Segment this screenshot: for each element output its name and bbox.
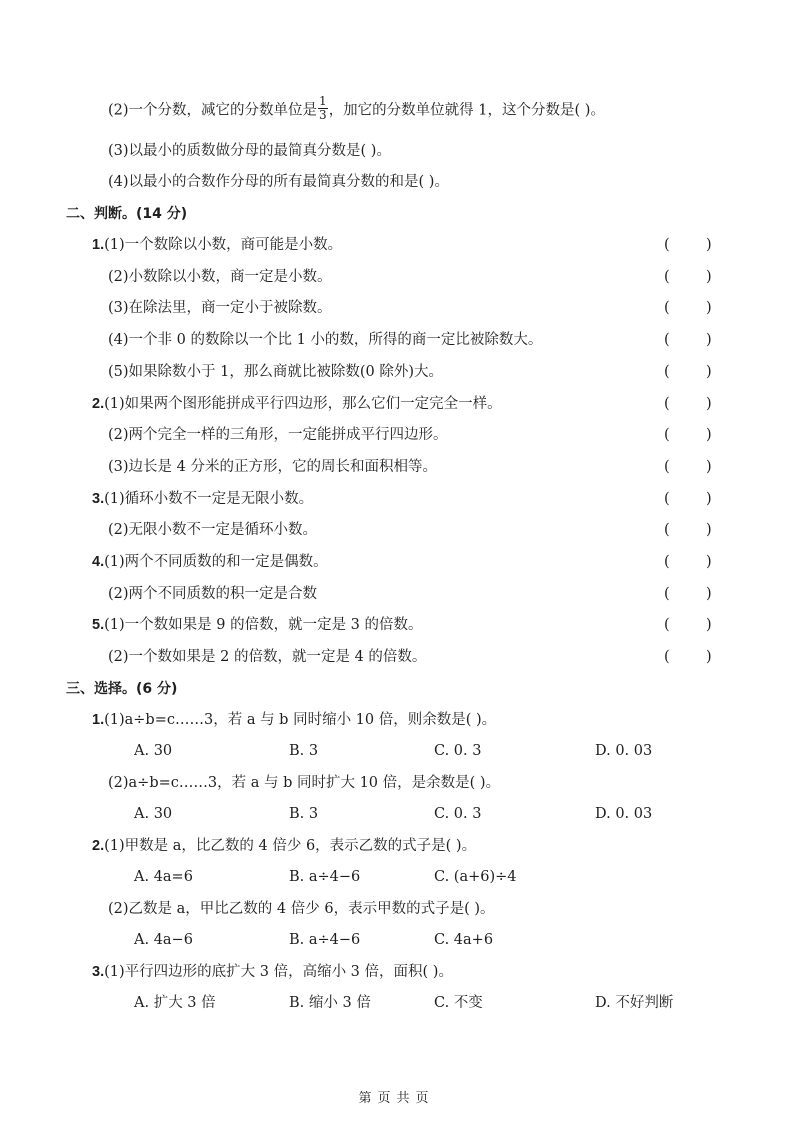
judgment-item: (2)两个不同质数的积一定是合数 — [108, 584, 317, 604]
section-3-heading: 三、选择。(6 分) — [66, 679, 177, 699]
question-text: (2)乙数是 a，甲比乙数的 4 倍少 6，表示甲数的式子是( )。 — [108, 901, 495, 917]
judgment-item: 3.(1)循环小数不一定是无限小数。 — [92, 489, 313, 509]
answer-blank-open[interactable]: ( — [664, 330, 670, 350]
judgment-item: (2)一个数如果是 2 的倍数，就一定是 4 的倍数。 — [108, 647, 426, 667]
judgment-item: (4)一个非 0 的数除以一个比 1 小的数，所得的商一定比被除数大。 — [108, 330, 542, 350]
judgment-item: 1.(1)一个数除以小数，商可能是小数。 — [92, 235, 342, 255]
answer-blank-open[interactable]: ( — [664, 520, 670, 540]
option-a[interactable]: A. 30 — [134, 804, 172, 824]
judgment-text: (2)两个完全一样的三角形，一定能拼成平行四边形。 — [108, 427, 448, 443]
option-d[interactable]: D. 0. 03 — [595, 804, 652, 824]
choice-2-2: (2)乙数是 a，甲比乙数的 4 倍少 6，表示甲数的式子是( )。 — [108, 899, 495, 919]
option-b[interactable]: B. 3 — [289, 804, 318, 824]
judgment-text: (1)一个数如果是 9 的倍数，就一定是 3 的倍数。 — [104, 617, 422, 633]
question-text: ，加它的分数单位就得 1，这个分数是( )。 — [329, 103, 605, 119]
answer-blank-open[interactable]: ( — [664, 235, 670, 255]
answer-blank-close[interactable]: ) — [706, 520, 712, 540]
option-a[interactable]: A. 4a−6 — [134, 930, 193, 950]
judgment-text: (1)一个数除以小数，商可能是小数。 — [104, 237, 342, 253]
answer-blank-close[interactable]: ) — [706, 584, 712, 604]
answer-blank-close[interactable]: ) — [706, 425, 712, 445]
question-text: (2)一个分数，减它的分数单位是 — [108, 103, 317, 119]
answer-blank-open[interactable]: ( — [664, 362, 670, 382]
option-c[interactable]: C. (a+6)÷4 — [434, 867, 517, 887]
option-a[interactable]: A. 扩大 3 倍 — [134, 993, 216, 1013]
question-1-4: (4)以最小的合数作分母的所有最简真分数的和是( )。 — [108, 172, 449, 192]
answer-blank-open[interactable]: ( — [664, 552, 670, 572]
option-b[interactable]: B. a÷4−6 — [289, 867, 360, 887]
answer-blank-close[interactable]: ) — [706, 362, 712, 382]
answer-blank-close[interactable]: ) — [706, 615, 712, 635]
answer-blank-open[interactable]: ( — [664, 425, 670, 445]
choice-3-1: 3.(1)平行四边形的底扩大 3 倍，高缩小 3 倍，面积( )。 — [92, 962, 453, 982]
judgment-item: 2.(1)如果两个图形能拼成平行四边形，那么它们一定完全一样。 — [92, 394, 502, 414]
option-b[interactable]: B. a÷4−6 — [289, 930, 360, 950]
judgment-text: (5)如果除数小于 1，那么商就比被除数(0 除外)大。 — [108, 364, 443, 380]
judgment-item: (3)在除法里，商一定小于被除数。 — [108, 298, 332, 318]
judgment-text: (2)无限小数不一定是循环小数。 — [108, 522, 317, 538]
option-a[interactable]: A. 4a=6 — [134, 867, 193, 887]
answer-blank-close[interactable]: ) — [706, 489, 712, 509]
answer-blank-close[interactable]: ) — [706, 647, 712, 667]
judgment-item: 5.(1)一个数如果是 9 的倍数，就一定是 3 的倍数。 — [92, 615, 423, 635]
answer-blank-close[interactable]: ) — [706, 457, 712, 477]
judgment-text: (3)边长是 4 分米的正方形，它的周长和面积相等。 — [108, 459, 437, 475]
choice-1-1: 1.(1)a÷b=c……3，若 a 与 b 同时缩小 10 倍，则余数是( )。 — [92, 710, 496, 730]
option-c[interactable]: C. 0. 3 — [434, 804, 481, 824]
answer-blank-open[interactable]: ( — [664, 647, 670, 667]
answer-blank-open[interactable]: ( — [664, 489, 670, 509]
judgment-item: (5)如果除数小于 1，那么商就比被除数(0 除外)大。 — [108, 362, 443, 382]
option-c[interactable]: C. 0. 3 — [434, 741, 481, 761]
judgment-item: 4.(1)两个不同质数的和一定是偶数。 — [92, 552, 328, 572]
judgment-item: (2)无限小数不一定是循环小数。 — [108, 520, 317, 540]
answer-blank-close[interactable]: ) — [706, 330, 712, 350]
judgment-text: (4)一个非 0 的数除以一个比 1 小的数，所得的商一定比被除数大。 — [108, 332, 542, 348]
question-text: (2)a÷b=c……3，若 a 与 b 同时扩大 10 倍，是余数是( )。 — [108, 775, 500, 791]
question-1-3: (3)以最小的质数做分母的最简真分数是( )。 — [108, 141, 391, 161]
page-footer: 第页共页 — [0, 1087, 793, 1106]
option-b[interactable]: B. 缩小 3 倍 — [289, 993, 371, 1013]
judgment-text: (1)两个不同质数的和一定是偶数。 — [104, 554, 328, 570]
answer-blank-close[interactable]: ) — [706, 298, 712, 318]
judgment-item: (2)小数除以小数，商一定是小数。 — [108, 267, 332, 287]
answer-blank-open[interactable]: ( — [664, 615, 670, 635]
answer-blank-open[interactable]: ( — [664, 298, 670, 318]
choice-1-2: (2)a÷b=c……3，若 a 与 b 同时扩大 10 倍，是余数是( )。 — [108, 773, 500, 793]
answer-blank-close[interactable]: ) — [706, 267, 712, 287]
option-c[interactable]: C. 不变 — [434, 993, 483, 1013]
section-2-heading: 二、判断。(14 分) — [66, 204, 187, 224]
option-d[interactable]: D. 0. 03 — [595, 741, 652, 761]
question-text: (1)甲数是 a，比乙数的 4 倍少 6，表示乙数的式子是( )。 — [104, 838, 476, 854]
question-text: (1)平行四边形的底扩大 3 倍，高缩小 3 倍，面积( )。 — [104, 964, 453, 980]
answer-blank-close[interactable]: ) — [706, 552, 712, 572]
answer-blank-close[interactable]: ) — [706, 394, 712, 414]
judgment-text: (2)两个不同质数的积一定是合数 — [108, 586, 317, 602]
fraction-one-third: 13 — [318, 95, 328, 122]
judgment-item: (2)两个完全一样的三角形，一定能拼成平行四边形。 — [108, 425, 448, 445]
choice-2-1: 2.(1)甲数是 a，比乙数的 4 倍少 6，表示乙数的式子是( )。 — [92, 836, 476, 856]
answer-blank-close[interactable]: ) — [706, 235, 712, 255]
option-a[interactable]: A. 30 — [134, 741, 172, 761]
option-c[interactable]: C. 4a+6 — [434, 930, 493, 950]
question-1-2: (2)一个分数，减它的分数单位是13，加它的分数单位就得 1，这个分数是( )。 — [108, 97, 605, 124]
judgment-text: (2)一个数如果是 2 的倍数，就一定是 4 的倍数。 — [108, 649, 426, 665]
judgment-text: (1)如果两个图形能拼成平行四边形，那么它们一定完全一样。 — [104, 396, 502, 412]
judgment-text: (1)循环小数不一定是无限小数。 — [104, 491, 313, 507]
answer-blank-open[interactable]: ( — [664, 394, 670, 414]
judgment-text: (3)在除法里，商一定小于被除数。 — [108, 300, 332, 316]
answer-blank-open[interactable]: ( — [664, 267, 670, 287]
answer-blank-open[interactable]: ( — [664, 457, 670, 477]
option-d[interactable]: D. 不好判断 — [595, 993, 673, 1013]
judgment-text: (2)小数除以小数，商一定是小数。 — [108, 269, 332, 285]
judgment-item: (3)边长是 4 分米的正方形，它的周长和面积相等。 — [108, 457, 437, 477]
question-text: (1)a÷b=c……3，若 a 与 b 同时缩小 10 倍，则余数是( )。 — [104, 712, 496, 728]
answer-blank-open[interactable]: ( — [664, 584, 670, 604]
option-b[interactable]: B. 3 — [289, 741, 318, 761]
